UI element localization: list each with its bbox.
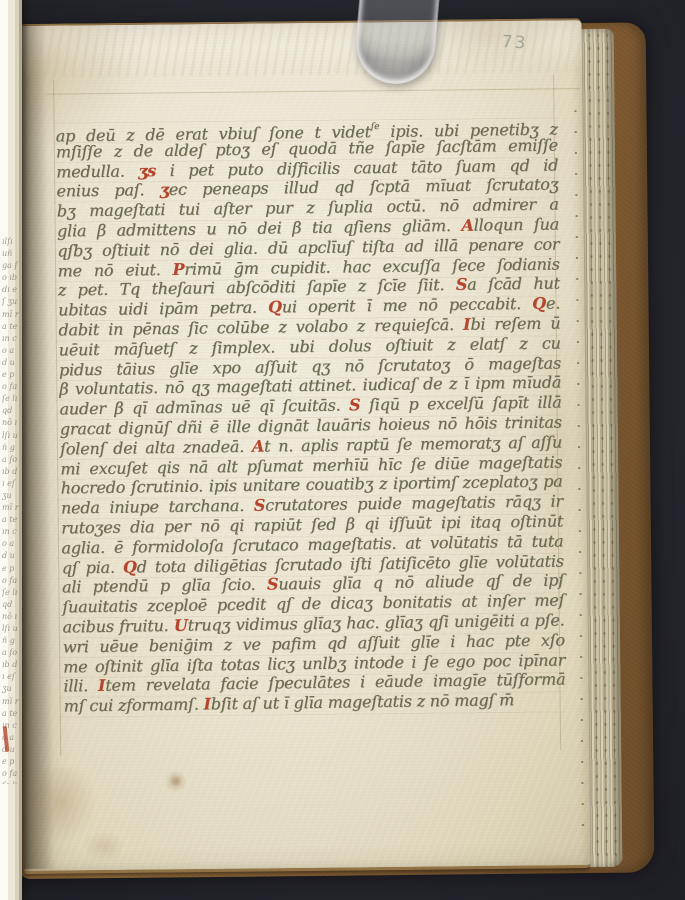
- pricking-holes: [574, 110, 584, 836]
- folio-number: 73: [501, 32, 528, 53]
- parchment-stain: [151, 762, 209, 805]
- ruling-line-horizontal-top: [46, 88, 580, 95]
- parchment-stain: [84, 831, 124, 861]
- facing-page-text: ılſı uñ ga ſo ıb dı eſ ʒu mī ra te ın co…: [2, 236, 19, 784]
- book: 73 ap deū z dē erat vbiuſ ſone t videtſe…: [0, 0, 685, 900]
- manuscript-text-block: ap deū z dē erat vbiuſ ſone t videtſe ip…: [56, 115, 566, 716]
- manuscript-photo: 73 ap deū z dē erat vbiuſ ſone t videtſe…: [0, 0, 685, 900]
- manuscript-page: 73 ap deū z dē erat vbiuſ ſone t videtſe…: [16, 18, 591, 874]
- parchment-stain: [426, 20, 556, 67]
- facing-page-edge: ılſı uñ ga ſo ıb dı eſ ʒu mī ra te ın co…: [0, 0, 22, 900]
